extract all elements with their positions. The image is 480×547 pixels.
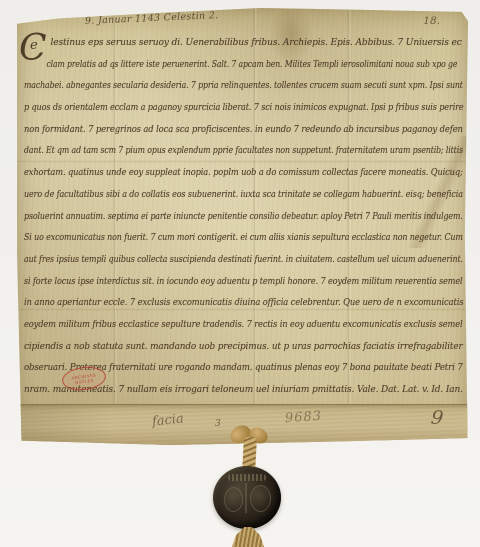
manuscript-line: machabei. abnegantes secularia desideria… [24, 75, 382, 97]
seal-legend [228, 474, 266, 481]
cord-tassel [232, 527, 264, 547]
plica-inscription-word: facia [151, 411, 184, 429]
manuscript-line: in anno aperiantur eccle. 7 exclusis exc… [24, 292, 407, 314]
manuscript-line: psoluerint annuatim. septima ei parte in… [24, 206, 386, 228]
plica-right-mark: 9 [430, 406, 445, 429]
manuscript-line: cipiendis a nob statuta sunt. mandando u… [24, 336, 430, 358]
plica-inscription-number: 3 [215, 419, 221, 429]
archive-stamp-line: NATLES [75, 377, 94, 384]
manuscript-line: uero de facultatibus sibi a do collatis … [24, 184, 392, 206]
manuscript-line: Si uo excomunicatus non fuerit. 7 cum mo… [24, 227, 387, 249]
manuscript-line: eoydem militum fribus ecclastice sepultu… [24, 314, 403, 336]
manuscript-line: dant. Et qm ad tam scm 7 pium opus exple… [24, 140, 381, 162]
seal-divider [245, 483, 247, 513]
plica-inventory-number: 9683 [285, 409, 323, 427]
manuscript-line: exhortam. quatinus unde eoy suppleat ino… [24, 162, 403, 184]
seal-head-right [250, 485, 271, 512]
manuscript-line: lestinus eps seruus seruoy di. Uenerabil… [24, 32, 440, 54]
manuscript-line: clam prelatis ad qs littere iste peruene… [24, 54, 377, 76]
manuscript-text-block: lestinus eps seruus seruoy di. Uenerabil… [24, 32, 463, 401]
manuscript-line: p quos ds orientalem ecclam a paganoy sp… [24, 97, 394, 119]
parchment-sheet: 9. Januar 1143 Celestin 2. 18. C e lesti… [17, 8, 468, 445]
plica-shadow [17, 405, 112, 446]
manuscript-line: non formidant. 7 peregrinos ad loca sca … [24, 119, 409, 141]
seal-head-left [224, 487, 243, 512]
manuscript-line: aut fres ipsius templi quibus collecta s… [24, 249, 386, 271]
folio-number: 18. [423, 15, 440, 27]
manuscript-line: si forte locus ipse interdictus sit. in … [24, 271, 395, 293]
archivist-date-annotation: 9. Januar 1143 Celestin 2. [85, 10, 219, 27]
seal-cord-knot [228, 424, 274, 472]
wax-seal [213, 466, 281, 529]
charter-photograph: 9. Januar 1143 Celestin 2. 18. C e lesti… [0, 0, 480, 547]
